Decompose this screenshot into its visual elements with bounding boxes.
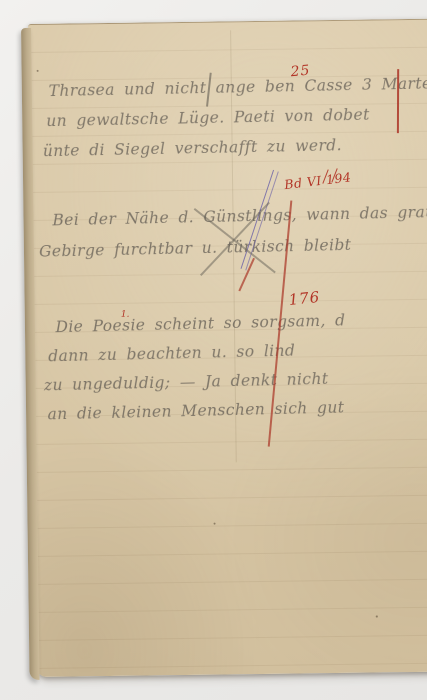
manuscript-page: Thrasea und nicht ange ben Casse 3 Marte… [28, 19, 427, 677]
paper-speck [376, 615, 378, 617]
red-reference-note: Bd VI 194 [283, 169, 352, 192]
paragraph-3: Die Poesie scheint so sorgsam, d dann zu… [55, 306, 348, 429]
paper-speck [214, 523, 216, 525]
paper-speck [37, 70, 39, 72]
page-binding-edge [21, 28, 40, 680]
scan-background: Thrasea und nicht ange ben Casse 3 Marte… [0, 0, 427, 700]
red-insert-mark: 1. [121, 310, 130, 320]
red-page-number: 25 [290, 63, 311, 81]
paragraph-1: Thrasea und nicht ange ben Casse 3 Marte… [48, 68, 427, 166]
red-margin-line [397, 69, 399, 133]
red-number-176: 176 [288, 288, 321, 309]
handwritten-line: an die kleinen Menschen sich gut [47, 393, 348, 429]
